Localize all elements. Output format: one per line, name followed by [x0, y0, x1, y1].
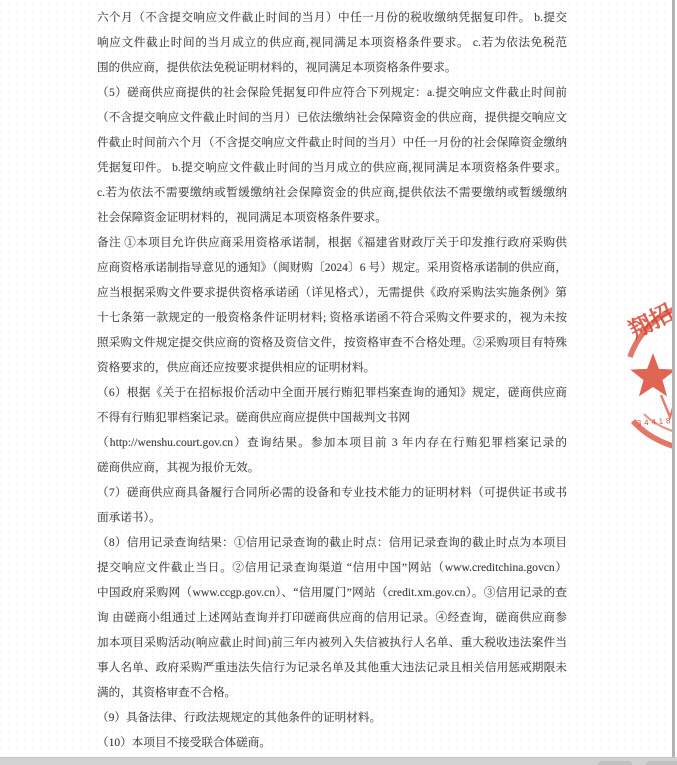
text-line: 加本项目采购活动(响应截止时间)前三年内被列入失信被执行人名单、重大税收违法案件…	[97, 630, 567, 655]
document-page: 六个月（不含提交响应文件截止时间的当月）中任一月份的税收缴纳凭据复印件。 b.提…	[0, 0, 672, 765]
scrollbar-thumb-left[interactable]	[598, 761, 632, 765]
text-line: 事人名单、政府采购严重违法失信行为记录名单及其他重大违法记录且相关信用惩戒期限未	[97, 655, 567, 680]
text-line: 不得有行贿犯罪档案记录。磋商供应商应提供中国裁判文书网	[97, 405, 567, 430]
official-red-seal-stamp: 翔招 34418	[600, 295, 672, 480]
text-line: 应当根据采购文件要求提供资格承诺函（详见格式），无需提供《政府采购法实施条例》第	[97, 280, 567, 305]
text-line: 提交响应文件截止当日。②信用记录查询渠道 “信用中国”网站（www.credit…	[97, 555, 567, 580]
text-line: （7）磋商供应商具备履行合同所必需的设备和专业技术能力的证明材料（可提供证书或书	[97, 480, 567, 505]
document-viewer: 六个月（不含提交响应文件截止时间的当月）中任一月份的税收缴纳凭据复印件。 b.提…	[0, 0, 677, 765]
text-line: 备注 ①本项目允许供应商采用资格承诺制，根据《福建省财政厅关于印发推行政府采购供	[97, 230, 567, 255]
text-line: 件截止时间前六个月（不含提交响应文件截止时间的当月）中任一月份的社会保障资金缴纳	[97, 130, 567, 155]
text-line: 询 由磋商小组通过上述网站查询并打印磋商供应商的信用记录。④经查询，磋商供应商参	[97, 605, 567, 630]
text-line: （8）信用记录查询结果：①信用记录查询的截止时点：信用记录查询的截止时点为本项目	[97, 530, 567, 555]
text-line: （不含提交响应文件截止时间的当月）已依法缴纳社会保障资金的供应商，提供提交响应文	[97, 105, 567, 130]
text-line: 围的供应商，提供依法免税证明材料的，视同满足本项资格条件要求。	[97, 55, 567, 80]
text-line: （9）具备法律、行政法规规定的其他条件的证明材料。	[97, 705, 567, 730]
text-line: 响应文件截止时间的当月成立的供应商,视同满足本项资格条件要求。 c.若为依法免税…	[97, 30, 567, 55]
text-line: 面承诺书）。	[97, 505, 567, 530]
text-line: （5）磋商供应商提供的社会保险凭据复印件应符合下列规定：a.提交响应文件截止时间…	[97, 80, 567, 105]
text-line: 社会保障资金证明材料的，视同满足本项资格条件要求。	[97, 205, 567, 230]
text-line: 凭据复印件。 b.提交响应文件截止时间的当月成立的供应商,视同满足本项资格条件要…	[97, 155, 567, 180]
text-line: 照采购文件规定提交供应商的资格及资信文件，按资格审查不合格处理。②采购项目有特殊	[97, 330, 567, 355]
text-line: 满的，其资格审查不合格。	[97, 680, 567, 705]
text-line: 中国政府采购网（www.ccgp.gov.cn）、“信用厦门”网站（credit…	[97, 580, 567, 605]
text-line: （http://wenshu.court.gov.cn）查询结果。参加本项目前 …	[97, 430, 567, 455]
text-line: （6）根据《关于在招标报价活动中全面开展行贿犯罪档案查询的通知》规定，磋商供应商	[97, 380, 567, 405]
text-line: 十七条第一款规定的一般资格条件证明材料; 资格承诺函不符合采购文件要求的，视为未…	[97, 305, 567, 330]
scrollbar-thumb-right[interactable]	[646, 761, 677, 765]
text-line: （10）本项目不接受联合体磋商。	[97, 730, 567, 755]
seal-number: 34418	[636, 416, 672, 428]
page-right-edge-divider	[672, 0, 675, 765]
text-line: c.若为依法不需要缴纳或暂缓缴纳社会保障资金的供应商,提供依法不需要缴纳或暂缓缴…	[97, 180, 567, 205]
text-line: 资格要求的，供应商还应按要求提供相应的证明材料。	[97, 355, 567, 380]
seal-arc-text: 翔招	[624, 299, 672, 343]
bottom-scrollbar-track[interactable]	[0, 757, 677, 765]
document-text: 六个月（不含提交响应文件截止时间的当月）中任一月份的税收缴纳凭据复印件。 b.提…	[97, 5, 567, 755]
text-line: 磋商供应商，其视为报价无效。	[97, 455, 567, 480]
text-line: 应商资格承诺制指导意见的通知》（闽财购〔2024〕6 号）规定。采用资格承诺制的…	[97, 255, 567, 280]
text-line: 六个月（不含提交响应文件截止时间的当月）中任一月份的税收缴纳凭据复印件。 b.提…	[97, 5, 567, 30]
seal-star-icon	[630, 353, 672, 396]
